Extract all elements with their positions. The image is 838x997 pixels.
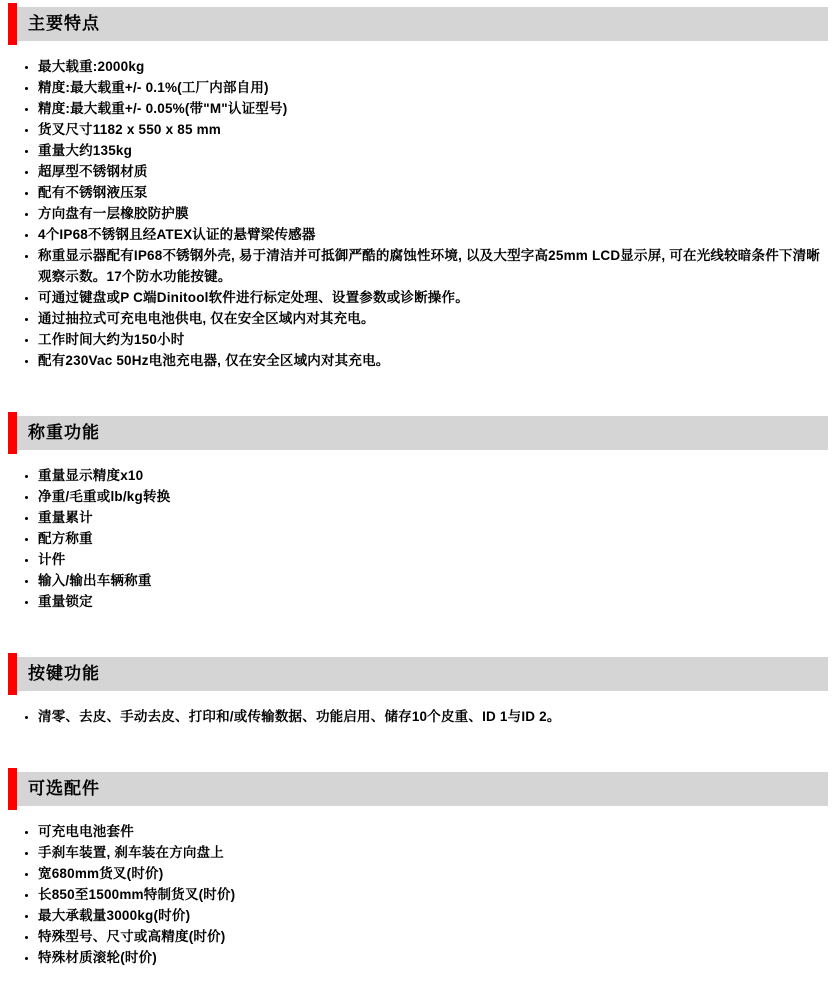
list-item: 可充电电池套件 bbox=[38, 821, 832, 842]
red-accent-bar bbox=[8, 768, 17, 810]
list-item: 重量锁定 bbox=[38, 591, 832, 612]
list-item: 精度:最大载重+/- 0.1%(工厂内部自用) bbox=[38, 77, 832, 98]
list-item: 通过抽拉式可充电电池供电, 仅在安全区域内对其充电。 bbox=[38, 308, 832, 329]
list-item: 计件 bbox=[38, 549, 832, 570]
key-functions-list: 清零、去皮、手动去皮、打印和/或传输数据、功能启用、储存10个皮重、ID 1与I… bbox=[0, 706, 832, 727]
list-item: 净重/毛重或lb/kg转换 bbox=[38, 486, 832, 507]
list-item: 称重显示器配有IP68不锈钢外壳, 易于清洁并可抵御严酷的腐蚀性环境, 以及大型… bbox=[38, 245, 832, 287]
spec-document-page: 主要特点 最大载重:2000kg 精度:最大载重+/- 0.1%(工厂内部自用)… bbox=[0, 0, 838, 997]
list-item: 手刹车装置, 刹车装在方向盘上 bbox=[38, 842, 832, 863]
section-title-optional-accessories: 可选配件 bbox=[8, 772, 100, 806]
section-title-main-features: 主要特点 bbox=[8, 7, 100, 41]
section-key-functions: 按键功能 清零、去皮、手动去皮、打印和/或传输数据、功能启用、储存10个皮重、I… bbox=[0, 657, 838, 727]
section-weighing-functions: 称重功能 重量显示精度x10 净重/毛重或lb/kg转换 重量累计 配方称重 计… bbox=[0, 416, 838, 612]
list-item: 最大承载量3000kg(时价) bbox=[38, 905, 832, 926]
section-main-features: 主要特点 最大载重:2000kg 精度:最大载重+/- 0.1%(工厂内部自用)… bbox=[0, 7, 838, 371]
list-item: 配有不锈钢液压泵 bbox=[38, 182, 832, 203]
main-features-list: 最大载重:2000kg 精度:最大载重+/- 0.1%(工厂内部自用) 精度:最… bbox=[0, 56, 832, 371]
red-accent-bar bbox=[8, 653, 17, 695]
list-item: 精度:最大载重+/- 0.05%(带"M"认证型号) bbox=[38, 98, 832, 119]
section-optional-accessories: 可选配件 可充电电池套件 手刹车装置, 刹车装在方向盘上 宽680mm货叉(时价… bbox=[0, 772, 838, 968]
list-item: 清零、去皮、手动去皮、打印和/或传输数据、功能启用、储存10个皮重、ID 1与I… bbox=[38, 706, 832, 727]
list-item: 长850至1500mm特制货叉(时价) bbox=[38, 884, 832, 905]
list-item: 方向盘有一层橡胶防护膜 bbox=[38, 203, 832, 224]
list-item: 配方称重 bbox=[38, 528, 832, 549]
section-header-key-functions: 按键功能 bbox=[8, 657, 828, 691]
list-item: 货叉尺寸1182 x 550 x 85 mm bbox=[38, 119, 832, 140]
list-item: 重量显示精度x10 bbox=[38, 465, 832, 486]
section-header-weighing-functions: 称重功能 bbox=[8, 416, 828, 450]
list-item: 超厚型不锈钢材质 bbox=[38, 161, 832, 182]
list-item: 输入/输出车辆称重 bbox=[38, 570, 832, 591]
list-item: 可通过键盘或P C端Dinitool软件进行标定处理、设置参数或诊断操作。 bbox=[38, 287, 832, 308]
red-accent-bar bbox=[8, 412, 17, 454]
weighing-functions-list: 重量显示精度x10 净重/毛重或lb/kg转换 重量累计 配方称重 计件 输入/… bbox=[0, 465, 832, 612]
list-item: 重量大约135kg bbox=[38, 140, 832, 161]
section-header-main-features: 主要特点 bbox=[8, 7, 828, 41]
section-title-weighing-functions: 称重功能 bbox=[8, 416, 100, 450]
list-item: 特殊材质滚轮(时价) bbox=[38, 947, 832, 968]
list-item: 最大载重:2000kg bbox=[38, 56, 832, 77]
optional-accessories-list: 可充电电池套件 手刹车装置, 刹车装在方向盘上 宽680mm货叉(时价) 长85… bbox=[0, 821, 832, 968]
list-item: 工作时间大约为150小时 bbox=[38, 329, 832, 350]
list-item: 4个IP68不锈钢且经ATEX认证的悬臂梁传感器 bbox=[38, 224, 832, 245]
list-item: 宽680mm货叉(时价) bbox=[38, 863, 832, 884]
list-item: 特殊型号、尺寸或高精度(时价) bbox=[38, 926, 832, 947]
list-item: 重量累计 bbox=[38, 507, 832, 528]
section-title-key-functions: 按键功能 bbox=[8, 657, 100, 691]
red-accent-bar bbox=[8, 3, 17, 45]
section-header-optional-accessories: 可选配件 bbox=[8, 772, 828, 806]
list-item: 配有230Vac 50Hz电池充电器, 仅在安全区域内对其充电。 bbox=[38, 350, 832, 371]
